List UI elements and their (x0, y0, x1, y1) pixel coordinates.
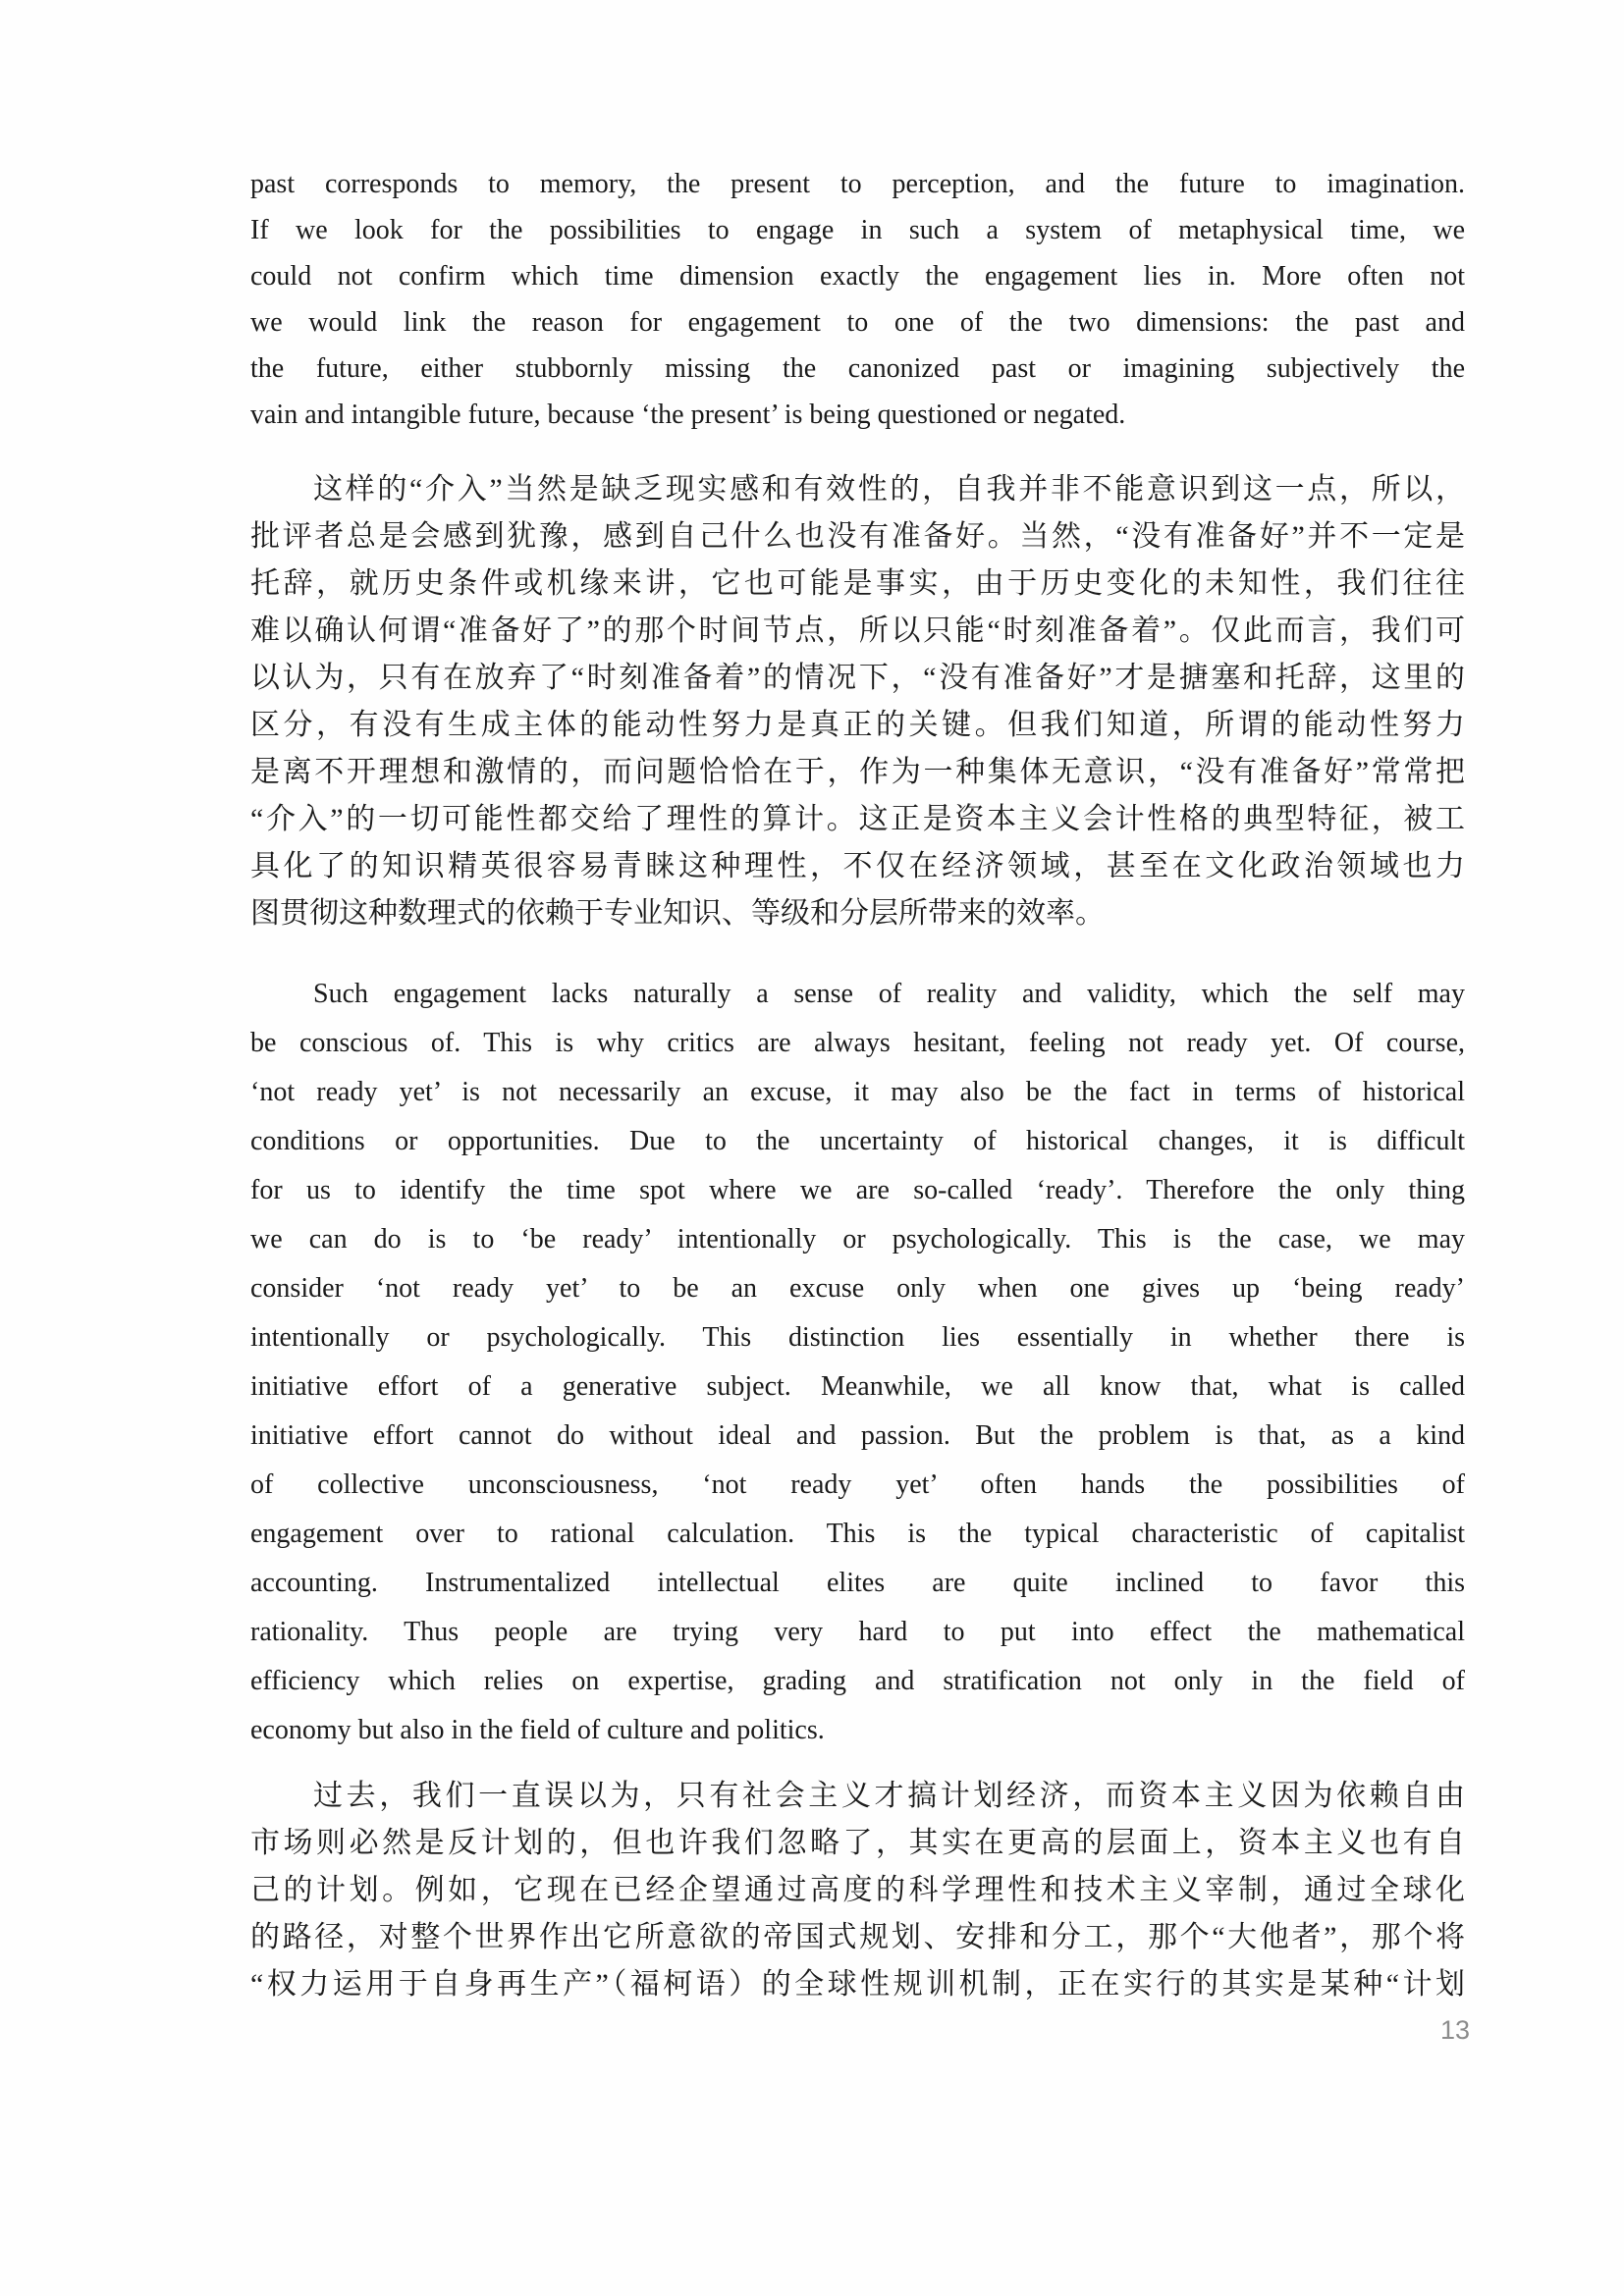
text-line: the future, either stubbornly missing th… (250, 346, 1465, 392)
text-line: initiative effort cannot do without idea… (250, 1412, 1465, 1461)
paragraph-english-continuation: past corresponds to memory, the present … (250, 161, 1465, 438)
text-line: 区分，有没有生成主体的能动性努力是真正的关键。但我们知道，所谓的能动性努力 (250, 702, 1465, 749)
text-line: 过去，我们一直误以为，只有社会主义才搞计划经济，而资本主义因为依赖自由 (250, 1773, 1465, 1820)
text-line: 图贯彻这种数理式的依赖于专业知识、等级和分层所带来的效率。 (250, 890, 1465, 937)
text-line: intentionally or psychologically. This d… (250, 1313, 1465, 1362)
text-line: vain and intangible future, because ‘the… (250, 392, 1465, 438)
text-line: conditions or opportunities. Due to the … (250, 1117, 1465, 1166)
text-line: 托辞，就历史条件或机缘来讲，它也可能是事实，由于历史变化的未知性，我们往往 (250, 561, 1465, 608)
page-number: 13 (1440, 2015, 1470, 2046)
text-line: 市场则必然是反计划的，但也许我们忽略了，其实在更高的层面上，资本主义也有自 (250, 1820, 1465, 1867)
text-line: 难以确认何谓“准备好了”的那个时间节点，所以只能“时刻准备着”。仅此而言，我们可 (250, 608, 1465, 655)
text-line: we would link the reason for engagement … (250, 299, 1465, 346)
paragraph-english-translation: Such engagement lacks naturally a sense … (250, 970, 1465, 1755)
text-line: engagement over to rational calculation.… (250, 1510, 1465, 1559)
text-line: rationality. Thus people are trying very… (250, 1608, 1465, 1657)
text-line: “权力运用于自身再生产”（福柯语）的全球性规训机制，正在实行的其实是某种“计划 (250, 1961, 1465, 2008)
paragraph-chinese-2: 过去，我们一直误以为，只有社会主义才搞计划经济，而资本主义因为依赖自由市场则必然… (250, 1773, 1465, 2008)
text-line: 这样的“介入”当然是缺乏现实感和有效性的，自我并非不能意识到这一点，所以， (250, 466, 1465, 513)
paragraph-chinese-1: 这样的“介入”当然是缺乏现实感和有效性的，自我并非不能意识到这一点，所以，批评者… (250, 466, 1465, 937)
text-line: we can do is to ‘be ready’ intentionally… (250, 1215, 1465, 1264)
text-line: consider ‘not ready yet’ to be an excuse… (250, 1264, 1465, 1313)
text-line: 己的计划。例如，它现在已经企望通过高度的科学理性和技术主义宰制，通过全球化 (250, 1867, 1465, 1914)
text-line: initiative effort of a generative subjec… (250, 1362, 1465, 1412)
text-line: of collective unconsciousness, ‘not read… (250, 1461, 1465, 1510)
document-page: past corresponds to memory, the present … (0, 0, 1624, 2296)
document-body: past corresponds to memory, the present … (250, 161, 1465, 2008)
text-line: be conscious of. This is why critics are… (250, 1019, 1465, 1068)
text-line: efficiency which relies on expertise, gr… (250, 1657, 1465, 1706)
text-line: for us to identify the time spot where w… (250, 1166, 1465, 1215)
text-line: 批评者总是会感到犹豫，感到自己什么也没有准备好。当然，“没有准备好”并不一定是 (250, 513, 1465, 561)
text-line: Such engagement lacks naturally a sense … (250, 970, 1465, 1019)
text-line: past corresponds to memory, the present … (250, 161, 1465, 207)
text-line: “介入”的一切可能性都交给了理性的算计。这正是资本主义会计性格的典型特征，被工 (250, 796, 1465, 843)
text-line: 是离不开理想和激情的，而问题恰恰在于，作为一种集体无意识，“没有准备好”常常把 (250, 749, 1465, 796)
text-line: 以认为，只有在放弃了“时刻准备着”的情况下，“没有准备好”才是搪塞和托辞，这里的 (250, 655, 1465, 702)
text-line: accounting. Instrumentalized intellectua… (250, 1559, 1465, 1608)
text-line: 的路径，对整个世界作出它所意欲的帝国式规划、安排和分工，那个“大他者”，那个将 (250, 1914, 1465, 1961)
text-line: economy but also in the field of culture… (250, 1706, 1465, 1755)
text-line: If we look for the possibilities to enga… (250, 207, 1465, 253)
text-line: ‘not ready yet’ is not necessarily an ex… (250, 1068, 1465, 1117)
text-line: 具化了的知识精英很容易青睐这种理性，不仅在经济领域，甚至在文化政治领域也力 (250, 843, 1465, 890)
text-line: could not confirm which time dimension e… (250, 253, 1465, 299)
